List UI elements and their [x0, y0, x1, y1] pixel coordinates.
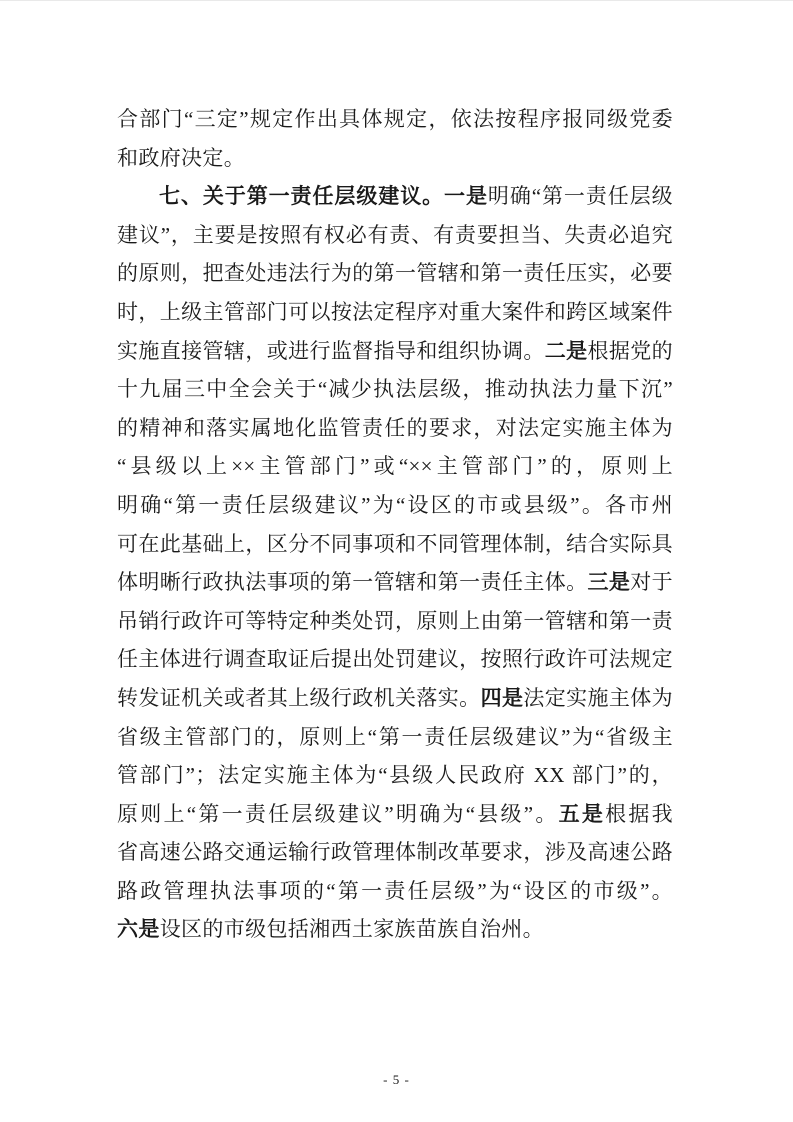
text-run: 任主体进行调查取证后提出处罚建议，按照行政许可法规定 [117, 647, 673, 671]
page-number: - 5 - [0, 1070, 793, 1090]
text-run: 和政府决定。 [117, 146, 245, 170]
bold-text-run: 四是 [481, 686, 524, 710]
text-run: 省高速公路交通运输行政管理体制改革要求，涉及高速公路 [117, 840, 673, 864]
text-run: 根据我 [605, 802, 673, 826]
text-run: 的精神和落实属地化监管责任的要求，对法定实施主体为 [117, 416, 673, 440]
text-line: 的精神和落实属地化监管责任的要求，对法定实施主体为 [117, 409, 673, 448]
text-line: 七、关于第一责任层级建议。一是明确“第一责任层级 [117, 177, 673, 216]
document-page: 合部门“三定”规定作出具体规定，依法按程序报同级党委和政府决定。七、关于第一责任… [0, 0, 793, 1122]
text-line: 明确“第一责任层级建议”为“设区的市或县级”。各市州 [117, 486, 673, 525]
text-line: 合部门“三定”规定作出具体规定，依法按程序报同级党委 [117, 100, 673, 139]
text-run: 设区的市级包括湘西土家族苗族自治州。 [160, 917, 544, 941]
text-run: 的原则，把查处违法行为的第一管辖和第一责任压实，必要 [117, 261, 673, 285]
text-run: 实施直接管辖，或进行监督指导和组织协调。 [117, 339, 545, 363]
text-run: 明确“第一责任层级建议”为“设区的市或县级”。各市州 [117, 493, 673, 517]
text-line: 路政管理执法事项的“第一责任层级”为“设区的市级”。 [117, 872, 673, 911]
text-line: 省级主管部门的，原则上“第一责任层级建议”为“省级主 [117, 718, 673, 757]
text-line: 管部门”；法定实施主体为“县级人民政府 XX 部门”的， [117, 756, 673, 795]
text-run: 吊销行政许可等特定种类处罚，原则上由第一管辖和第一责 [117, 609, 673, 633]
text-line: 建议”，主要是按照有权必有责、有责要担当、失责必追究 [117, 216, 673, 255]
text-run: “县级以上××主管部门”或“××主管部门”的，原则上 [117, 454, 673, 478]
bold-text-run: 二是 [545, 339, 588, 363]
text-line: 任主体进行调查取证后提出处罚建议，按照行政许可法规定 [117, 640, 673, 679]
text-run: 体明晰行政执法事项的第一管辖和第一责任主体。 [117, 570, 587, 594]
bold-text-run: 七、关于第一责任层级建议。一是 [159, 184, 488, 208]
text-run: 明确“第一责任层级 [488, 184, 673, 208]
text-run: 原则上“第一责任层级建议”明确为“县级”。 [117, 802, 559, 826]
bold-text-run: 三是 [587, 570, 630, 594]
text-run: 法定实施主体为 [523, 686, 673, 710]
bold-text-run: 五是 [559, 802, 606, 826]
text-line: 体明晰行政执法事项的第一管辖和第一责任主体。三是对于 [117, 563, 673, 602]
text-run: 十九届三中全会关于“减少执法层级，推动执法力量下沉” [117, 377, 673, 401]
text-run: 建议”，主要是按照有权必有责、有责要担当、失责必追究 [117, 223, 673, 247]
bold-text-run: 六是 [117, 917, 160, 941]
text-line: “县级以上××主管部门”或“××主管部门”的，原则上 [117, 447, 673, 486]
text-line: 的原则，把查处违法行为的第一管辖和第一责任压实，必要 [117, 254, 673, 293]
text-line: 和政府决定。 [117, 139, 673, 178]
text-line: 省高速公路交通运输行政管理体制改革要求，涉及高速公路 [117, 833, 673, 872]
text-run: 时，上级主管部门可以按法定程序对重大案件和跨区域案件 [117, 300, 673, 324]
text-run: 合部门“三定”规定作出具体规定，依法按程序报同级党委 [117, 107, 673, 131]
text-line: 时，上级主管部门可以按法定程序对重大案件和跨区域案件 [117, 293, 673, 332]
text-run: 转发证机关或者其上级行政机关落实。 [117, 686, 481, 710]
text-line: 六是设区的市级包括湘西土家族苗族自治州。 [117, 910, 673, 949]
text-run: 对于 [630, 570, 673, 594]
text-run: 省级主管部门的，原则上“第一责任层级建议”为“省级主 [117, 725, 673, 749]
text-line: 十九届三中全会关于“减少执法层级，推动执法力量下沉” [117, 370, 673, 409]
text-line: 可在此基础上，区分不同事项和不同管理体制，结合实际具 [117, 525, 673, 564]
text-run: 管部门”；法定实施主体为“县级人民政府 XX 部门”的， [117, 763, 673, 787]
text-line: 吊销行政许可等特定种类处罚，原则上由第一管辖和第一责 [117, 602, 673, 641]
text-line: 原则上“第一责任层级建议”明确为“县级”。五是根据我 [117, 795, 673, 834]
text-run: 可在此基础上，区分不同事项和不同管理体制，结合实际具 [117, 532, 673, 556]
text-line: 转发证机关或者其上级行政机关落实。四是法定实施主体为 [117, 679, 673, 718]
text-line: 实施直接管辖，或进行监督指导和组织协调。二是根据党的 [117, 332, 673, 371]
text-run: 路政管理执法事项的“第一责任层级”为“设区的市级”。 [117, 879, 673, 903]
document-body: 合部门“三定”规定作出具体规定，依法按程序报同级党委和政府决定。七、关于第一责任… [117, 100, 673, 949]
text-run: 根据党的 [588, 339, 674, 363]
